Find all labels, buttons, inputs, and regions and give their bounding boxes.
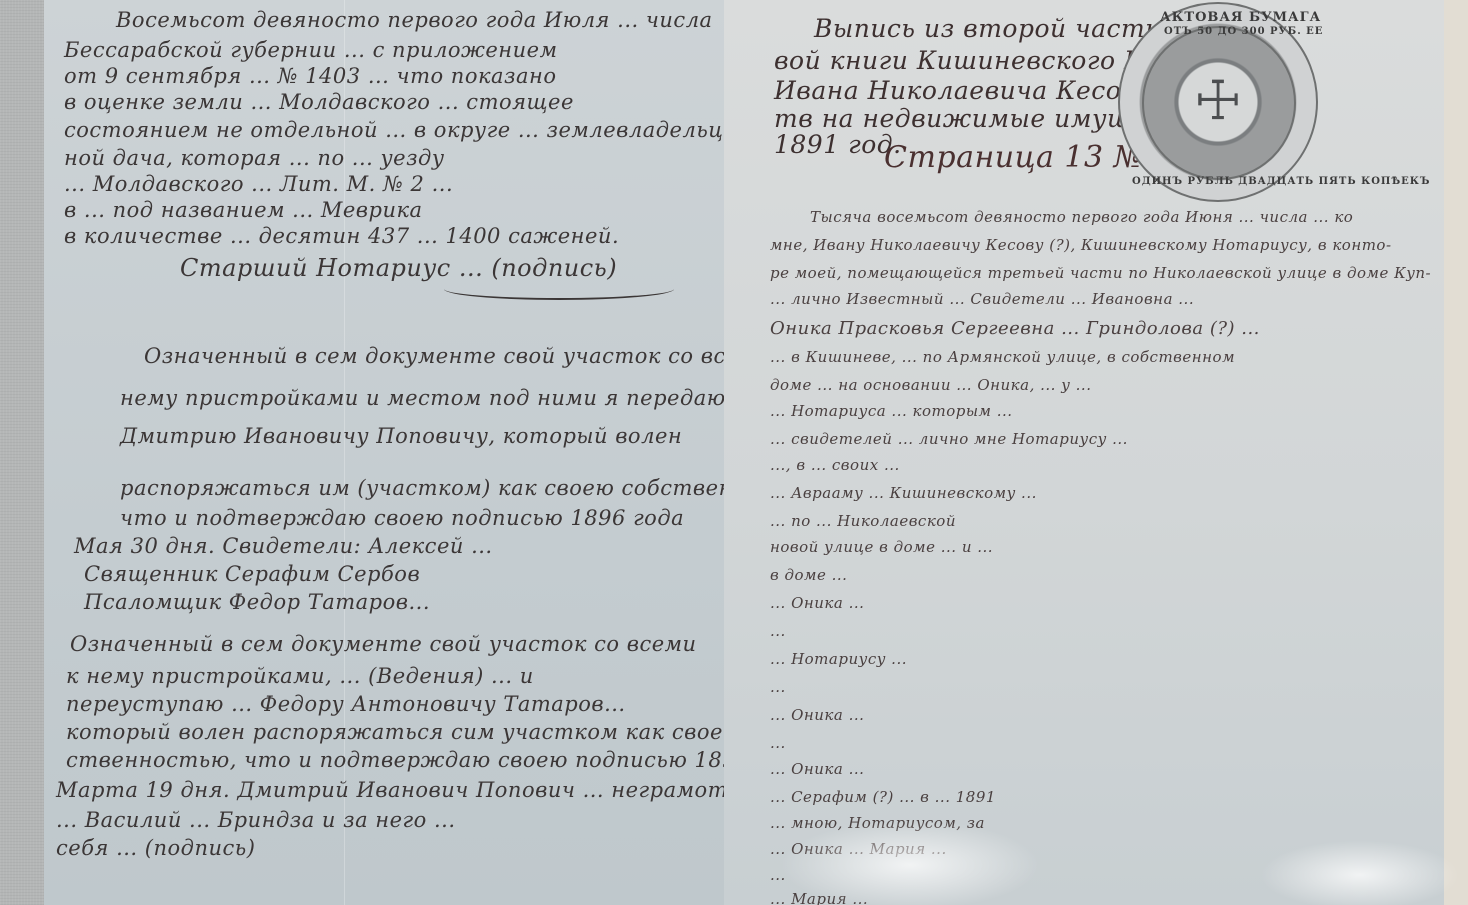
double-headed-eagle-icon: ☩: [1190, 68, 1246, 134]
body-line: ... Оника ...: [770, 706, 864, 724]
transfer-line: Мая 30 дня. Свидетели: Алексей ...: [74, 534, 493, 558]
second-transfer-line: Марта 19 дня. Дмитрий Иванович Попович .…: [56, 778, 774, 802]
text-line: ной дача, которая ... по ... уезду: [64, 146, 445, 170]
stamp-top-text: АКТОВАЯ БУМАГА: [1160, 10, 1321, 25]
second-transfer-line: ... Василий ... Бриндза и за него ...: [56, 808, 456, 832]
film-glare: [780, 820, 1040, 905]
text-line: ... Молдавского ... Лит. М. № 2 ...: [64, 172, 453, 196]
body-line: ...: [770, 622, 786, 640]
transfer-line: Дмитрию Ивановичу Поповичу, который воле…: [120, 424, 682, 448]
body-line: ..., в ... своих ...: [770, 456, 900, 474]
stamp-ring-text: ОДИНЪ РУБЛЬ ДВАДЦАТЬ ПЯТЬ КОПѢЕКЪ: [1132, 176, 1430, 187]
witness-signature: Псаломщик Федор Татаров...: [84, 590, 430, 614]
transfer-line: нему пристройками и местом под ними я пе…: [120, 386, 726, 410]
body-line: Оника Прасковья Сергеевна ... Гриндолова…: [770, 318, 1260, 339]
second-transfer-line: ственностью, что и подтверждаю своею под…: [66, 748, 808, 772]
body-line: ... Аврааму ... Кишиневскому ...: [770, 484, 1037, 502]
second-transfer-line: себя ... (подпись): [56, 836, 255, 860]
second-transfer-line: к нему пристройками, ... (Ведения) ... и: [66, 664, 534, 688]
body-line: ... лично Известный ... Свидетели ... Ив…: [770, 290, 1194, 308]
body-line: ... Нотариусу ...: [770, 650, 907, 668]
body-line: ...: [770, 678, 786, 696]
body-line: ... по ... Николаевской: [770, 512, 956, 530]
background-strip: [1442, 0, 1468, 905]
body-line: мне, Ивану Николаевичу Кесову (?), Кишин…: [770, 236, 1392, 254]
text-line: от 9 сентября ... № 1403 ... что показан…: [64, 64, 557, 88]
body-line: ... свидетелей ... лично мне Нотариусу .…: [770, 430, 1128, 448]
text-line: в количестве ... десятин 437 ... 1400 са…: [64, 224, 619, 248]
second-transfer-line: Означенный в сем документе свой участок …: [70, 632, 697, 656]
text-line: состоянием не отдельной ... в округе ...…: [64, 118, 768, 142]
transfer-line: Означенный в сем документе свой участок …: [144, 344, 791, 368]
body-line: ... Оника ...: [770, 760, 864, 778]
transfer-line: что и подтверждаю своею подписью 1896 го…: [120, 506, 684, 530]
text-line: в оценке земли ... Молдавского ... стоящ…: [64, 90, 574, 114]
text-line: Бессарабской губернии ... с приложением: [64, 38, 558, 62]
text-line: Восемьсот девяносто первого года Июля ..…: [116, 8, 713, 32]
left-page: Восемьсот девяносто первого года Июля ..…: [44, 0, 724, 905]
film-glare: [1260, 840, 1460, 905]
body-line: ... в Кишиневе, ... по Армянской улице, …: [770, 348, 1235, 366]
stamp-sub-text: ОТЪ 50 ДО 300 РУБ. ЕЕ: [1164, 26, 1323, 37]
text-line: в ... под названием ... Меврика: [64, 198, 423, 222]
witness-signature: Священник Серафим Сербов: [84, 562, 420, 586]
right-page: Выпись из второй части акто- вой книги К…: [724, 0, 1444, 905]
body-line: в доме ...: [770, 566, 847, 584]
body-line: ... Серафим (?) ... в ... 1891: [770, 788, 996, 806]
signature-flourish: [444, 278, 674, 300]
body-line: доме ... на основании ... Оника, ... у .…: [770, 376, 1091, 394]
body-line: Тысяча восемьсот девяносто первого года …: [810, 208, 1353, 226]
body-line: ... Нотариуса ... которым ...: [770, 402, 1013, 420]
body-line: ре моей, помещающейся третьей части по Н…: [770, 264, 1431, 282]
revenue-stamp: АКТОВАЯ БУМАГА ОТЪ 50 ДО 300 РУБ. ЕЕ ☩ О…: [1118, 2, 1318, 202]
body-line: ...: [770, 734, 786, 752]
body-line: новой улице в доме ... и ...: [770, 538, 993, 556]
second-transfer-line: который волен распоряжаться сим участком…: [66, 720, 790, 744]
second-transfer-line: переуступаю ... Федору Антоновичу Татаро…: [66, 692, 626, 716]
body-line: ... Оника ...: [770, 594, 864, 612]
heading-line: 1891 год.: [774, 130, 902, 159]
